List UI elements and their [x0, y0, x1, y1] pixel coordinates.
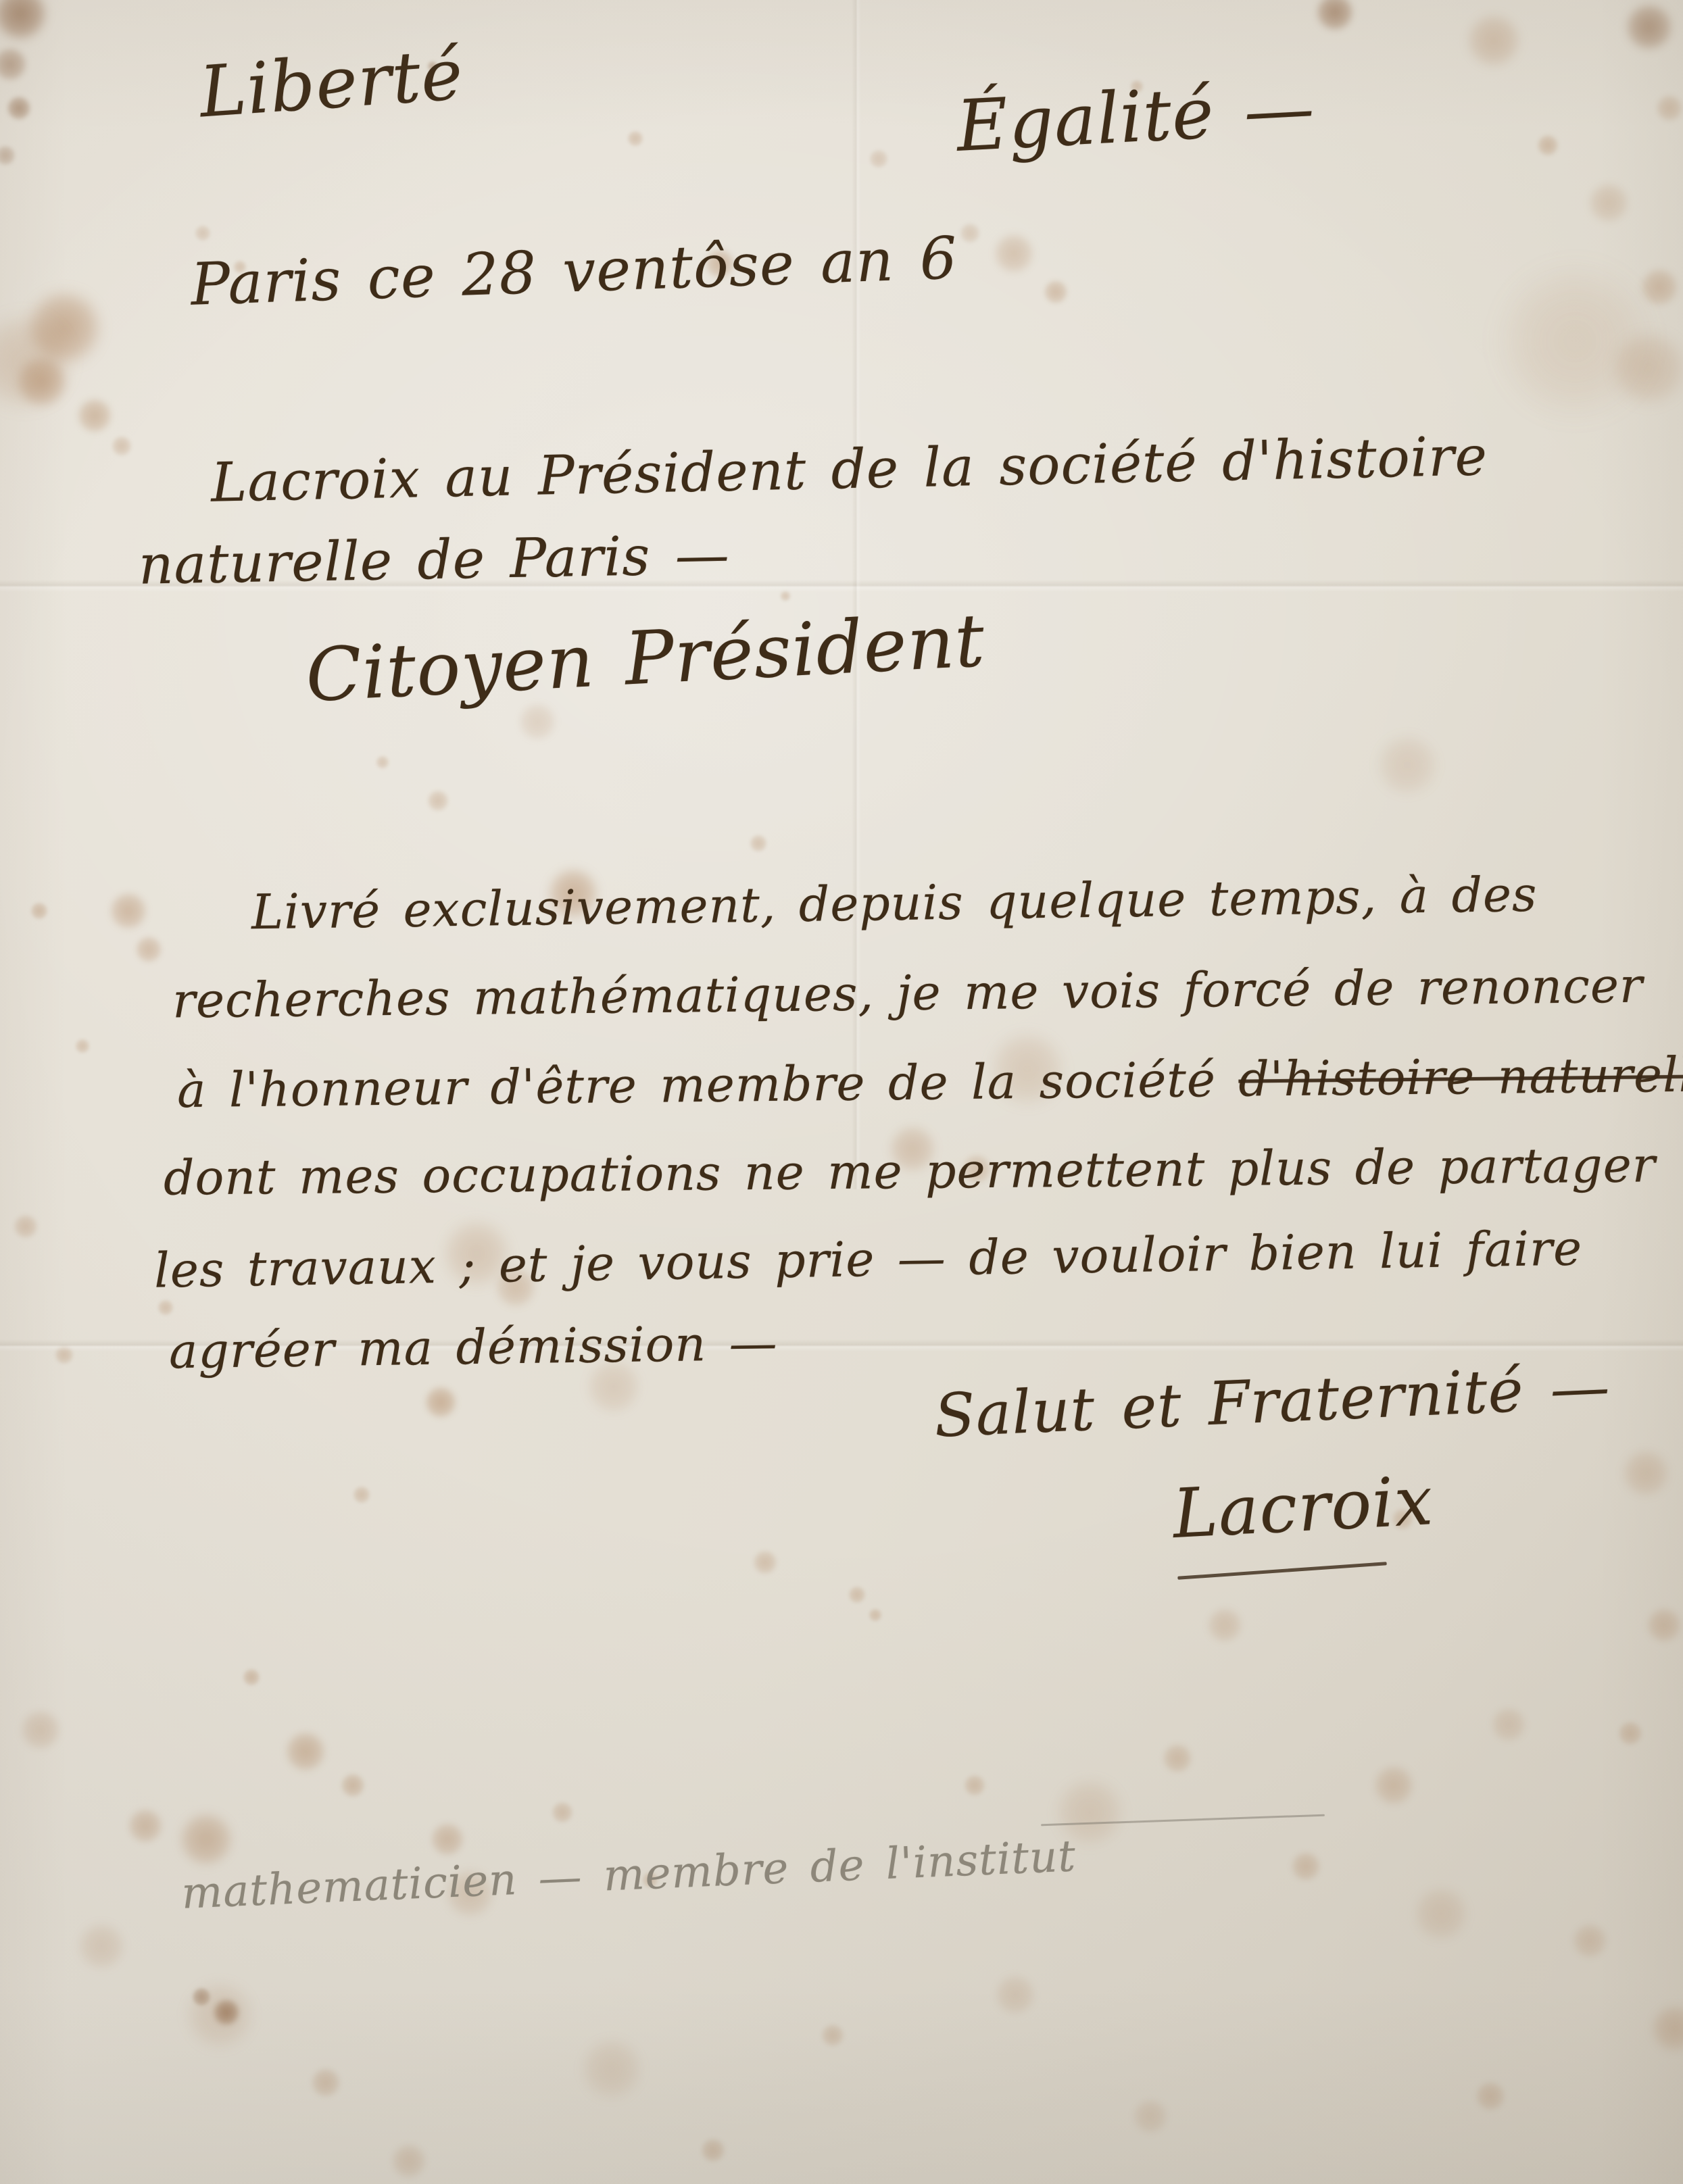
- foxing-spot: [179, 1812, 233, 1866]
- foxing-spot: [1622, 1449, 1669, 1497]
- foxing-spot: [1491, 1707, 1526, 1742]
- foxing-spot: [1475, 2081, 1505, 2111]
- foxing-spot: [869, 149, 888, 168]
- foxing-spot: [213, 1999, 240, 2026]
- foxing-spot: [157, 1299, 174, 1316]
- foxing-spot: [552, 1802, 573, 1823]
- body-line-3: à l'honneur d'être membre de la société …: [177, 1046, 1683, 1118]
- foxing-spot: [1133, 2099, 1168, 2134]
- foxing-spot: [77, 398, 112, 433]
- foxing-spot: [1044, 280, 1068, 304]
- body-line-6: agréer ma démission —: [168, 1315, 778, 1380]
- foxing-spot: [1651, 2005, 1683, 2052]
- signature-flourish: [1177, 1562, 1387, 1580]
- foxing-spot: [30, 902, 48, 920]
- pencil-underline: [1041, 1814, 1325, 1827]
- body-line-4: dont mes occupations ne me permettent pl…: [164, 1137, 1656, 1206]
- addressee-line-1: Lacroix au Président de la société d'his…: [210, 424, 1488, 514]
- foxing-spot: [1291, 1852, 1321, 1881]
- motto-liberte: Liberté: [197, 33, 466, 134]
- foxing-spot: [1377, 735, 1438, 795]
- foxing-spot: [821, 2024, 844, 2047]
- foxing-spot: [1572, 1923, 1607, 1958]
- foxing-spot: [20, 1710, 61, 1750]
- foxing-spot: [964, 1775, 985, 1796]
- foxing-spot: [14, 1214, 38, 1239]
- dateline: Paris ce 28 ventôse an 6: [190, 224, 959, 319]
- foxing-spot: [55, 1345, 74, 1364]
- body-line-3-struck-text: d'histoire naturelle: [1238, 1046, 1683, 1108]
- foxing-spot: [75, 1039, 90, 1053]
- foxing-spot: [994, 233, 1034, 274]
- foxing-spot: [109, 892, 147, 930]
- foxing-spot: [1414, 1887, 1468, 1941]
- foxing-spot: [780, 591, 791, 601]
- foxing-spot: [427, 790, 449, 812]
- foxing-spot: [627, 130, 643, 147]
- foxing-spot: [1618, 1721, 1642, 1745]
- closing-salutation: Salut et Fraternité —: [933, 1351, 1611, 1451]
- foxing-spot: [0, 0, 47, 41]
- foxing-spot: [1640, 268, 1678, 306]
- foxing-spot: [186, 1981, 253, 2049]
- foxing-spot: [27, 291, 101, 365]
- body-line-2: recherches mathématiques, je me vois for…: [172, 958, 1644, 1029]
- foxing-spot: [128, 1808, 163, 1843]
- foxing-spot: [518, 703, 556, 741]
- foxing-spot: [1373, 1765, 1414, 1806]
- foxing-spot: [341, 1773, 365, 1797]
- foxing-spot: [0, 145, 16, 166]
- foxing-spot: [1537, 134, 1559, 156]
- foxing-spot: [750, 835, 767, 852]
- foxing-spot: [1647, 1608, 1682, 1643]
- foxing-spot: [112, 436, 132, 456]
- foxing-spot: [1588, 182, 1629, 223]
- foxing-spot: [0, 47, 27, 81]
- foxing-spot: [1626, 3, 1673, 51]
- foxing-spot: [78, 1922, 125, 1970]
- foxing-spot: [16, 356, 68, 407]
- foxing-spot: [701, 2138, 725, 2162]
- foxing-spot: [353, 1486, 370, 1504]
- foxing-spot: [1207, 1608, 1242, 1643]
- signature: Lacroix: [1171, 1461, 1435, 1554]
- foxing-spot: [1612, 331, 1683, 405]
- foxing-spot: [7, 96, 31, 120]
- foxing-spot: [424, 1386, 457, 1418]
- foxing-spot: [869, 1608, 882, 1622]
- foxing-spot: [848, 1586, 866, 1604]
- body-line-5: les travaux ; et je vous prie — de voulo…: [153, 1220, 1582, 1298]
- foxing-spot: [960, 223, 980, 243]
- foxing-spot: [135, 936, 162, 963]
- foxing-spot: [581, 2039, 642, 2100]
- foxing-spot: [753, 1550, 777, 1574]
- foxing-spot: [1316, 0, 1354, 31]
- foxing-spot: [311, 2068, 341, 2098]
- body-line-3-prefix: à l'honneur d'être membre de la société: [177, 1051, 1239, 1118]
- salutation: Citoyen Président: [303, 599, 987, 718]
- foxing-spot: [1467, 14, 1521, 68]
- foxing-spot: [1656, 95, 1683, 122]
- motto-egalite: Égalité —: [954, 66, 1317, 168]
- body-line-1: Livré exclusivement, depuis quelque temp…: [251, 866, 1538, 941]
- foxing-spot: [995, 1975, 1035, 2015]
- foxing-spot: [1501, 267, 1649, 416]
- foxing-spot: [0, 314, 71, 409]
- letter-paper: Liberté Égalité — Paris ce 28 ventôse an…: [0, 0, 1683, 2184]
- addressee-line-2: naturelle de Paris —: [138, 523, 730, 596]
- foxing-spot: [391, 2143, 426, 2179]
- foxing-spot: [285, 1731, 326, 1772]
- foxing-spot: [431, 1822, 464, 1856]
- foxing-spot: [243, 1668, 260, 1686]
- foxing-spot: [195, 225, 211, 241]
- foxing-spot: [376, 755, 389, 769]
- pencil-annotation: mathematicien — membre de l'institut: [180, 1831, 1077, 1918]
- foxing-spot: [192, 1987, 211, 2006]
- foxing-spot: [1163, 1743, 1192, 1773]
